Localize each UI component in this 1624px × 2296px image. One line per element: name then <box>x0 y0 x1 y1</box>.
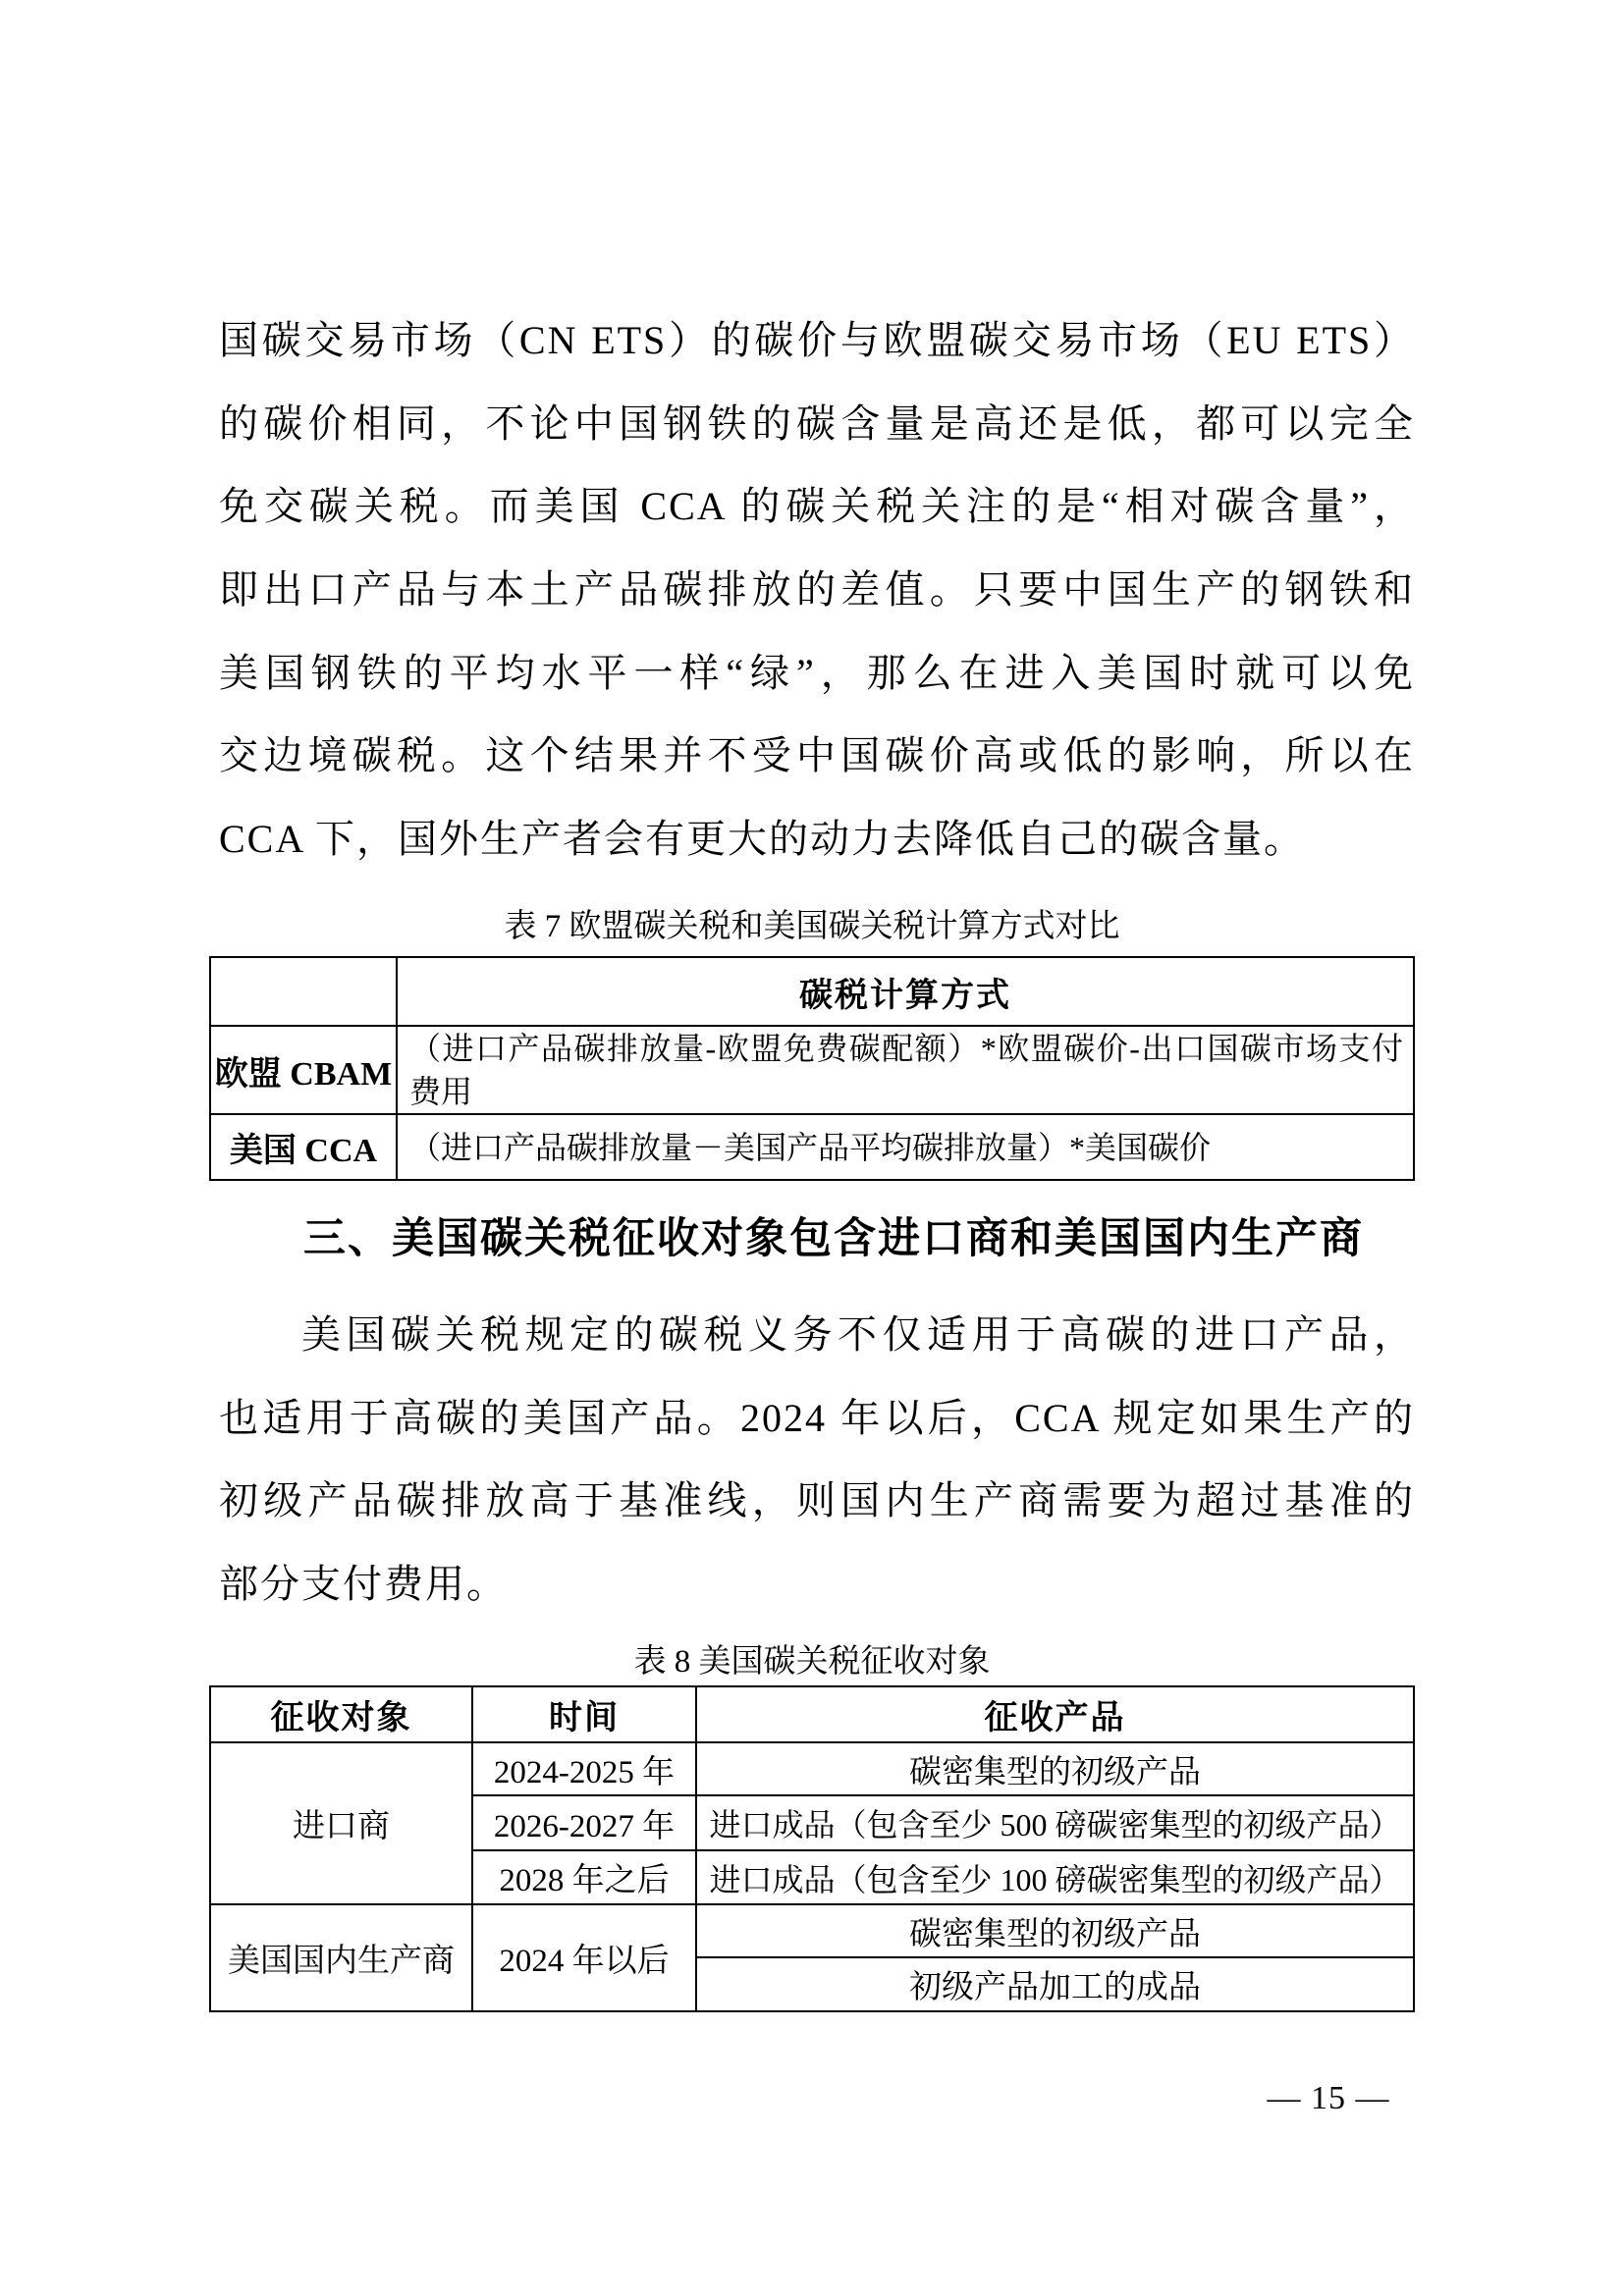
table7-row-label-eu-cbam: 欧盟 CBAM <box>210 1026 397 1114</box>
body-line: CCA 下，国外生产者会有更大的动力去降低自己的碳含量。 <box>219 798 1415 881</box>
table8-cell-time-2024-2025: 2024-2025 年 <box>472 1742 696 1795</box>
table8-cell-product-500lb: 进口成品（包含至少 500 磅碳密集型的初级产品） <box>696 1795 1414 1850</box>
table7-caption: 表 7 欧盟碳关税和美国碳关税计算方式对比 <box>209 906 1415 947</box>
table8-cell-time-after-2024: 2024 年以后 <box>472 1904 696 2011</box>
table-8-levy-targets: 征收对象 时间 征收产品 进口商 2024-2025 年 碳密集型的初级产品 2… <box>209 1685 1415 2012</box>
table8-header-time: 时间 <box>472 1686 696 1742</box>
body-line: 的碳价相同，不论中国钢铁的碳含量是高还是低，都可以完全 <box>219 383 1415 466</box>
body-line: 初级产品碳排放高于基准线，则国内生产商需要为超过基准的 <box>219 1460 1415 1543</box>
table8-header-product: 征收产品 <box>696 1686 1414 1742</box>
body-line: 国碳交易市场（CN ETS）的碳价与欧盟碳交易市场（EU ETS） <box>219 299 1415 383</box>
table8-cell-importer: 进口商 <box>210 1742 472 1904</box>
body-line: 即出口产品与本土产品碳排放的差值。只要中国生产的钢铁和 <box>219 549 1415 632</box>
body-line: 交边境碳税。这个结果并不受中国碳价高或低的影响，所以在 <box>219 715 1415 798</box>
table7-header-empty-cell <box>210 957 397 1026</box>
paragraph-1: 国碳交易市场（CN ETS）的碳价与欧盟碳交易市场（EU ETS） 的碳价相同，… <box>219 299 1415 881</box>
body-line: 部分支付费用。 <box>219 1543 1415 1627</box>
table7-formula-us-cca: （进口产品碳排放量－美国产品平均碳排放量）*美国碳价 <box>397 1114 1414 1180</box>
body-line: 也适用于高碳的美国产品。2024 年以后，CCA 规定如果生产的 <box>219 1377 1415 1461</box>
document-page: 国碳交易市场（CN ETS）的碳价与欧盟碳交易市场（EU ETS） 的碳价相同，… <box>0 0 1624 2296</box>
table7-formula-us-line1: （进口产品碳排放量－美国产品平均碳排放量）*美国碳价 <box>409 1126 1403 1169</box>
section-heading: 三、美国碳关税征收对象包含进口商和美国国内生产商 <box>219 1209 1415 1268</box>
table8-cell-time-2026-2027: 2026-2027 年 <box>472 1795 696 1850</box>
table8-cell-product-100lb: 进口成品（包含至少 100 磅碳密集型的初级产品） <box>696 1850 1414 1904</box>
table8-cell-domestic-product-primary: 碳密集型的初级产品 <box>696 1904 1414 1957</box>
table7-formula-eu-line1: （进口产品碳排放量-欧盟免费碳配额）*欧盟碳价-出口国碳市场支付 <box>409 1027 1403 1070</box>
page-number: — 15 — <box>1230 2077 1427 2120</box>
table8-header-target: 征收对象 <box>210 1686 472 1742</box>
table7-header-formula: 碳税计算方式 <box>397 957 1414 1026</box>
body-line: 免交碳关税。而美国 CCA 的碳关税关注的是“相对碳含量”， <box>219 465 1415 549</box>
table7-row-label-us-cca: 美国 CCA <box>210 1114 397 1180</box>
table8-cell-domestic-product-processed: 初级产品加工的成品 <box>696 1957 1414 2011</box>
table-7-cbam-cca-comparison: 碳税计算方式 欧盟 CBAM （进口产品碳排放量-欧盟免费碳配额）*欧盟碳价-出… <box>209 956 1415 1181</box>
table8-cell-domestic-producer: 美国国内生产商 <box>210 1904 472 2011</box>
paragraph-2: 美国碳关税规定的碳税义务不仅适用于高碳的进口产品， 也适用于高碳的美国产品。20… <box>219 1294 1415 1627</box>
table8-cell-time-after-2028: 2028 年之后 <box>472 1850 696 1904</box>
table8-cell-product-primary: 碳密集型的初级产品 <box>696 1742 1414 1795</box>
body-line: 美国碳关税规定的碳税义务不仅适用于高碳的进口产品， <box>219 1294 1415 1377</box>
table7-formula-eu-cbam: （进口产品碳排放量-欧盟免费碳配额）*欧盟碳价-出口国碳市场支付 费用 <box>397 1026 1414 1114</box>
body-line: 美国钢铁的平均水平一样“绿”，那么在进入美国时就可以免 <box>219 632 1415 716</box>
table7-formula-eu-line2: 费用 <box>409 1070 1403 1113</box>
table8-caption: 表 8 美国碳关税征收对象 <box>209 1641 1415 1682</box>
